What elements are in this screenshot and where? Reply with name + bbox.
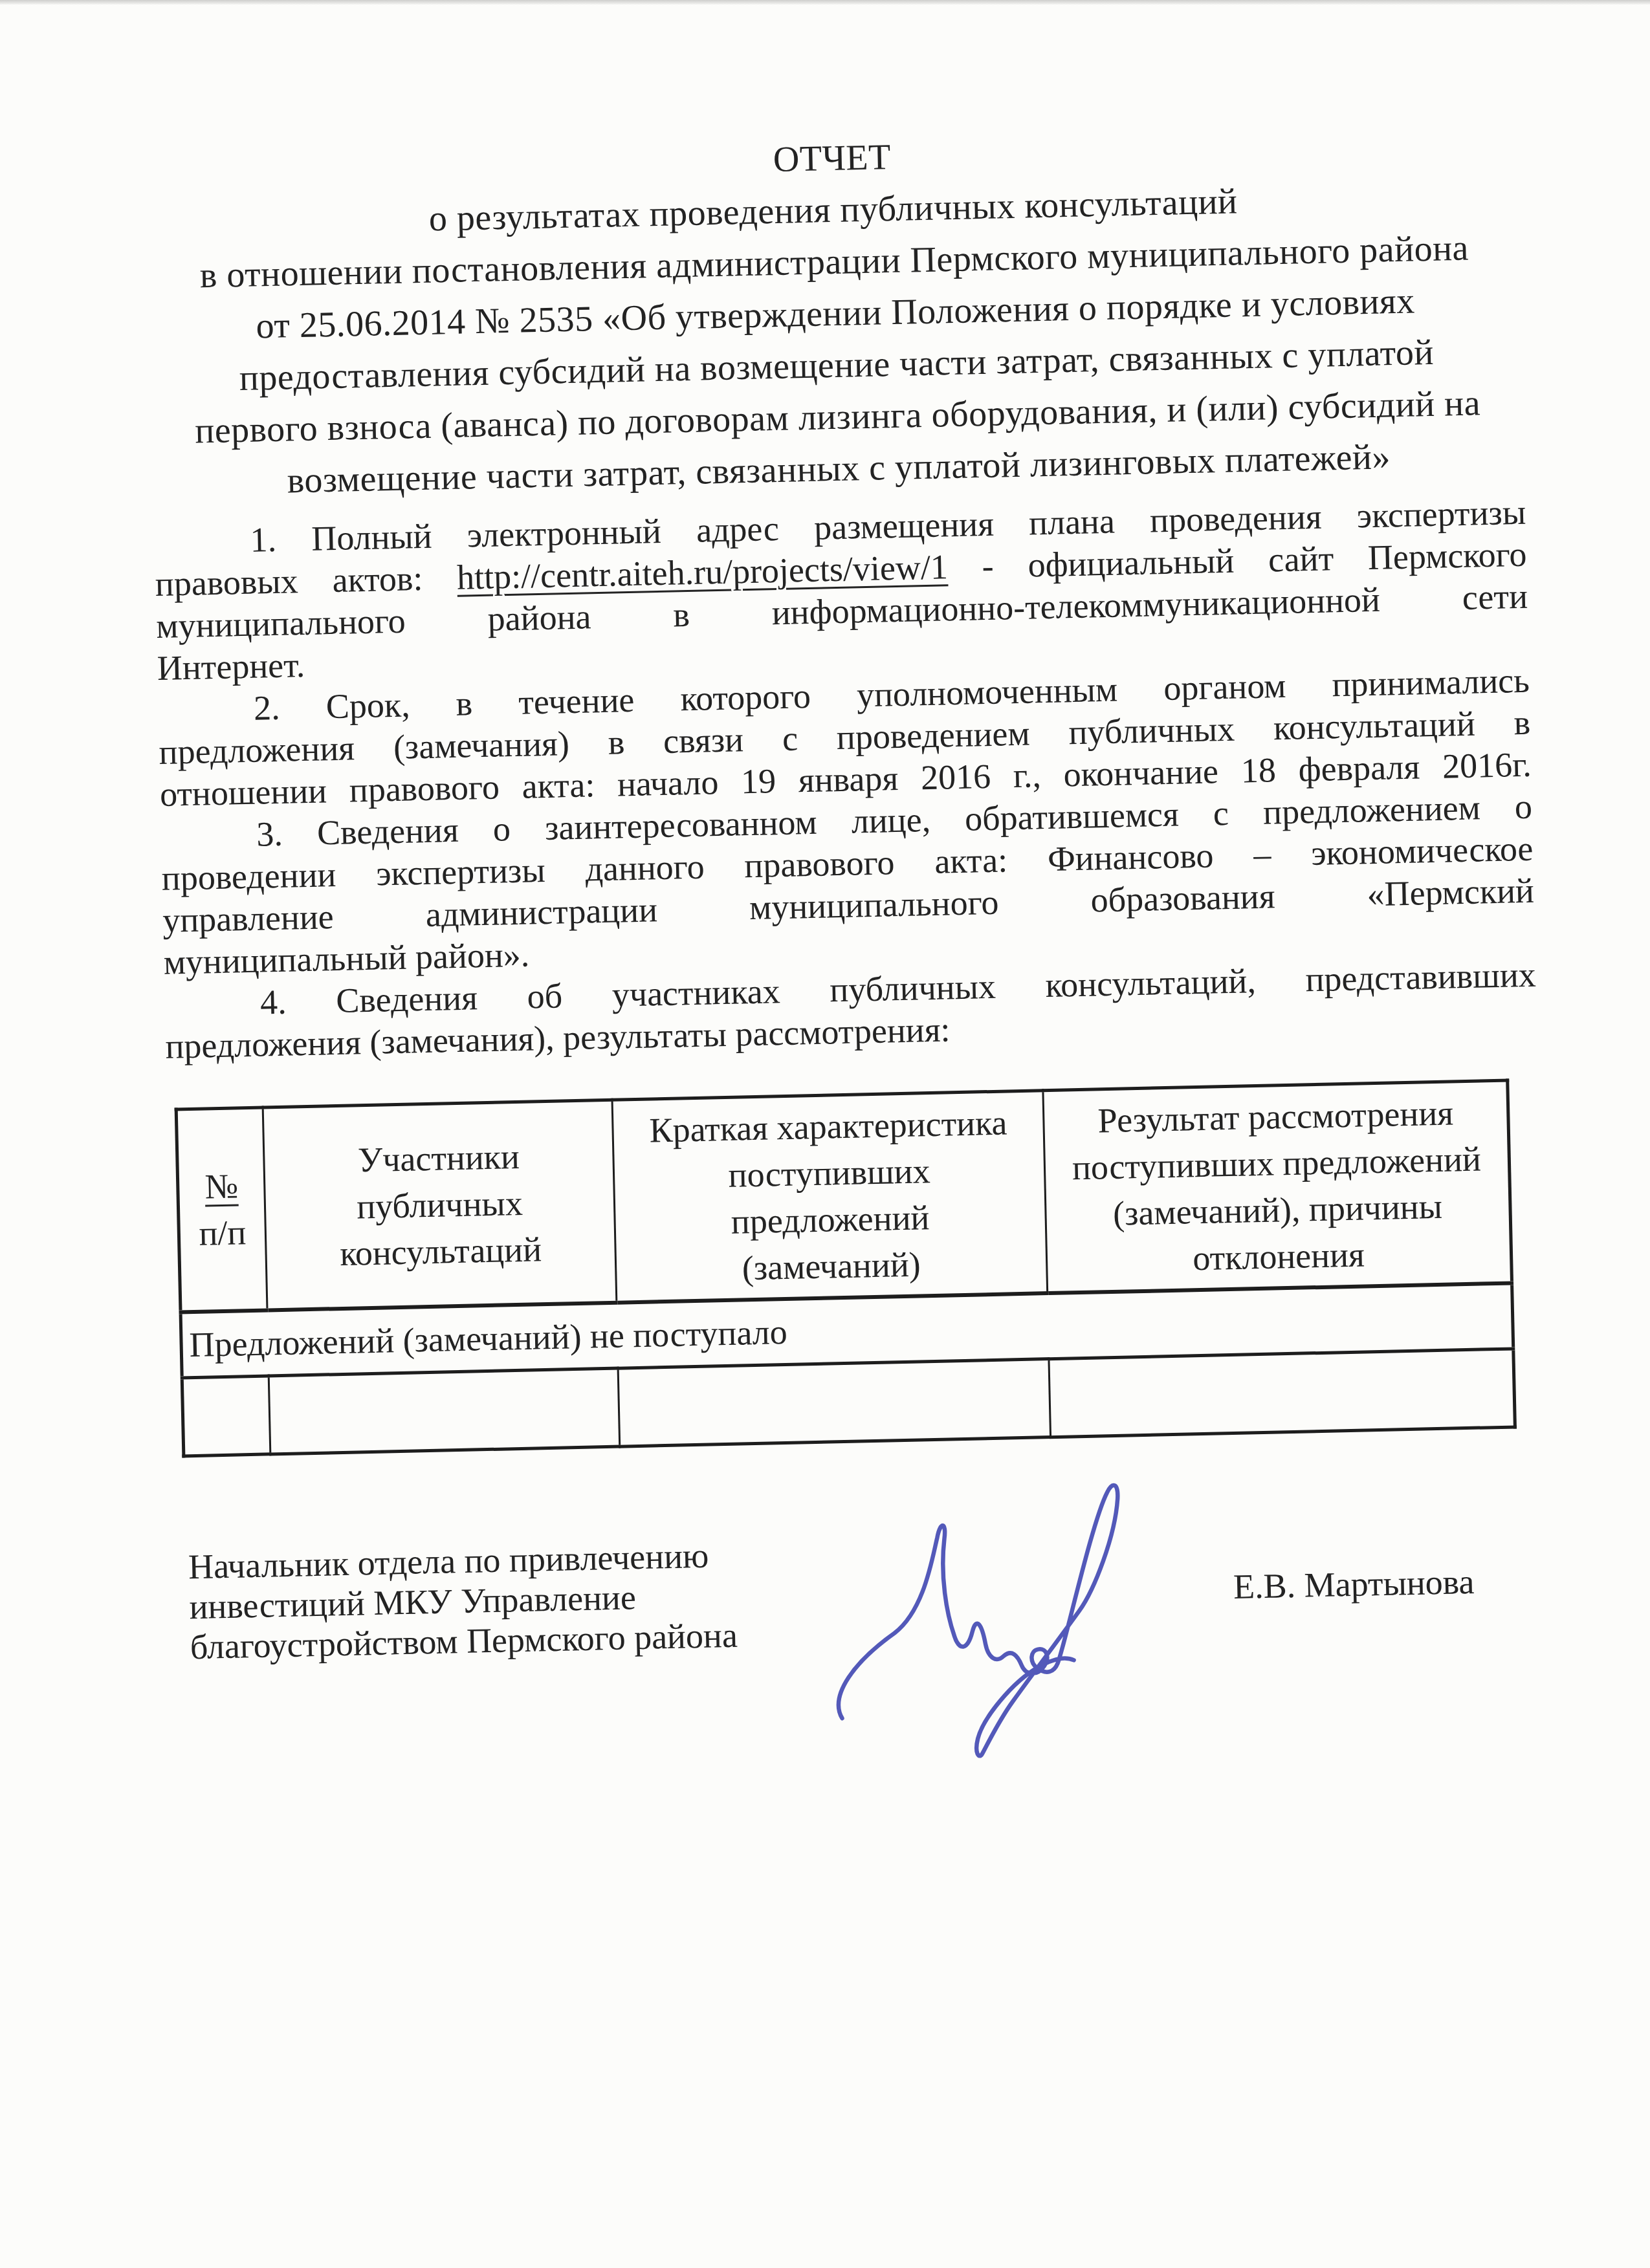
body-text: 1. Полный электронный адрес размещения п…	[154, 492, 1537, 1068]
scan-top-edge	[0, 0, 1650, 5]
header-line: консультаций	[267, 1225, 615, 1279]
signature-block: Начальник отдела по привлечению инвестиц…	[176, 1517, 1554, 1825]
signatory-role: Начальник отдела по привлечению инвестиц…	[188, 1535, 738, 1667]
header-cell-participants: Участники публичных консультаций	[263, 1100, 617, 1310]
header-line: (замечаний)	[617, 1238, 1046, 1294]
empty-cell	[269, 1368, 620, 1454]
url-prefix-text: правовых актов:	[155, 558, 457, 604]
empty-cell	[618, 1359, 1050, 1447]
scanned-document-page: ОТЧЕТ о результатах проведения публичных…	[0, 0, 1650, 2268]
header-cell-result: Результат рассмотрения поступивших предл…	[1043, 1080, 1512, 1293]
header-number-sign: №	[179, 1162, 265, 1211]
document-content: ОТЧЕТ о результатах проведения публичных…	[146, 118, 1554, 1826]
document-title-block: ОТЧЕТ о результатах проведения публичных…	[146, 118, 1525, 510]
empty-cell	[1049, 1349, 1515, 1437]
table-header-row: № п/п Участники публичных консультаций К…	[176, 1080, 1512, 1312]
header-line: публичных	[265, 1178, 613, 1232]
signatory-name: Е.В. Мартынова	[1233, 1562, 1475, 1607]
header-cell-number: № п/п	[176, 1107, 267, 1312]
header-line: Краткая характеристика	[613, 1098, 1043, 1154]
header-line: Участники	[265, 1131, 613, 1186]
header-cell-characteristic: Краткая характеристика поступивших предл…	[612, 1091, 1048, 1303]
handwritten-signature	[819, 1471, 1149, 1769]
empty-cell	[182, 1376, 270, 1456]
header-number-sub: п/п	[180, 1209, 265, 1258]
consultation-results-table: № п/п Участники публичных консультаций К…	[175, 1079, 1517, 1458]
